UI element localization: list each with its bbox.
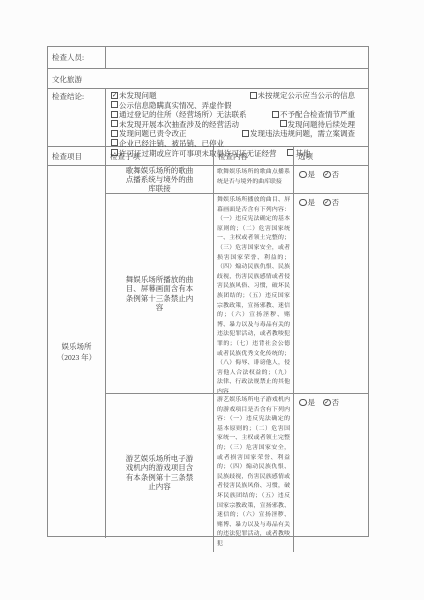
inspector-label: 检查人员:: [48, 47, 106, 68]
option-label: 通过登记的住所（经营场所）无法联系: [119, 110, 247, 119]
conclusion-option: 发现违法违规问题，需立案调查: [242, 129, 355, 139]
radio-no-label: 否: [332, 170, 340, 179]
category-cell: 娱乐场所 （2023 年）: [48, 166, 106, 538]
conclusion-option: 发现问题待后续处理: [280, 120, 356, 130]
option-label: 未发现问题: [119, 91, 157, 100]
checkbox[interactable]: [111, 101, 118, 108]
inspector-value-cell[interactable]: [106, 47, 368, 68]
department-row: 文化旅游: [48, 69, 368, 89]
conclusion-label: 检查结论:: [48, 89, 106, 146]
table-row: 歌舞娱乐场所的歌曲点播系统与境外的曲库联接 歌舞娱乐场所的歌曲点播系统是否与境外…: [106, 166, 368, 194]
scanned-inspection-form: { "style": { "ink": "#3b3b3b", "border":…: [0, 0, 424, 600]
grid-body: 娱乐场所 （2023 年） 歌舞娱乐场所的歌曲点播系统与境外的曲库联接 歌舞娱乐…: [48, 166, 368, 538]
header-check-item: 检查项目: [48, 147, 106, 165]
checkbox[interactable]: [111, 139, 118, 146]
option-label: 发现违法违规问题，需立案调查: [250, 129, 355, 138]
table-row: 舞娱乐场所播放的曲目、屏幕画面含有本条例第十三条禁止内容 舞娱乐场所播放的曲目、…: [106, 194, 368, 394]
option-label: 不予配合检查情节严重: [280, 110, 355, 119]
checkbox[interactable]: [242, 130, 249, 137]
option-label: 发现问题已责令改正: [119, 129, 187, 138]
options-cell: 是✓否: [294, 194, 368, 393]
department-label: 文化旅游: [48, 69, 368, 88]
conclusion-option: 发现问题已责令改正: [111, 129, 187, 139]
content-cell: 游艺娱乐场所电子游戏机内的游戏项目是否含有下列内容：（一）违反宪法确定的基本原则…: [214, 394, 294, 552]
checkbox[interactable]: [272, 111, 279, 118]
conclusion-option: 未发现开展本次抽查涉及的经营活动: [111, 120, 239, 130]
table-row: 游艺娱乐场所电子游戏机内的游戏项目含有本条例第十三条禁止内容 游艺娱乐场所电子游…: [106, 394, 368, 552]
header-options: 选项: [294, 147, 368, 165]
option-label: 发现问题待后续处理: [288, 120, 356, 129]
checkbox[interactable]: [250, 92, 257, 99]
radio-yes[interactable]: [299, 199, 307, 207]
option-label: 未按规定公示应当公示的信息: [258, 91, 356, 100]
options-cell: 是✓否: [294, 166, 368, 193]
conclusion-options: ✓未发现问题 未按规定公示应当公示的信息 公示信息隐瞒真实情况、弄虚作假 通过登…: [106, 89, 368, 146]
content-cell: 舞娱乐场所播放的曲目、屏幕画面是否含有下列内容：（一）违反宪法确定的基本原则的；…: [214, 194, 294, 393]
conclusion-row: 检查结论: ✓未发现问题 未按规定公示应当公示的信息 公示信息隐瞒真实情况、弄虚…: [48, 89, 368, 147]
radio-yes[interactable]: [299, 171, 307, 179]
grid-header-row: 检查项目 检查子项 检查内容 选项: [48, 147, 368, 166]
radio-no-label: 否: [332, 398, 340, 407]
checkbox[interactable]: [111, 111, 118, 118]
subitem-cell: 游艺娱乐场所电子游戏机内的游戏项目含有本条例第十三条禁止内容: [106, 394, 214, 552]
checkbox[interactable]: [111, 120, 118, 127]
category-line2: （2023 年）: [57, 352, 96, 363]
header-content: 检查内容: [214, 147, 294, 165]
option-label: 未发现开展本次抽查涉及的经营活动: [119, 120, 239, 129]
conclusion-option: 通过登记的住所（经营场所）无法联系: [111, 110, 247, 120]
checkbox-checked[interactable]: ✓: [111, 92, 118, 99]
radio-yes-label: 是: [308, 170, 316, 179]
conclusion-option: 未按规定公示应当公示的信息: [250, 91, 356, 101]
radio-no-checked[interactable]: ✓: [323, 399, 331, 407]
checkbox[interactable]: [111, 130, 118, 137]
radio-no-checked[interactable]: ✓: [323, 171, 331, 179]
radio-yes[interactable]: [299, 399, 307, 407]
conclusion-option: ✓未发现问题: [111, 91, 157, 101]
inspection-form-table: 检查人员: 文化旅游 检查结论: ✓未发现问题 未按规定公示应当公示的信息 公示…: [47, 46, 369, 537]
radio-yes-label: 是: [308, 398, 316, 407]
radio-yes-label: 是: [308, 198, 316, 207]
subitem-cell: 歌舞娱乐场所的歌曲点播系统与境外的曲库联接: [106, 166, 214, 193]
category-line1: 娱乐场所: [57, 341, 96, 352]
conclusion-option: 公示信息隐瞒真实情况、弄虚作假: [111, 101, 232, 111]
inspector-row: 检查人员:: [48, 47, 368, 69]
option-label: 公示信息隐瞒真实情况、弄虚作假: [119, 101, 232, 110]
header-sub-item: 检查子项: [106, 147, 214, 165]
content-cell: 歌舞娱乐场所的歌曲点播系统是否与境外的曲库联接: [214, 166, 294, 193]
radio-no-checked[interactable]: ✓: [323, 199, 331, 207]
options-cell: 是✓否: [294, 394, 368, 552]
conclusion-option: 不予配合检查情节严重: [272, 110, 355, 120]
checkbox[interactable]: [280, 120, 287, 127]
radio-no-label: 否: [332, 198, 340, 207]
subitem-cell: 舞娱乐场所播放的曲目、屏幕画面含有本条例第十三条禁止内容: [106, 194, 214, 393]
